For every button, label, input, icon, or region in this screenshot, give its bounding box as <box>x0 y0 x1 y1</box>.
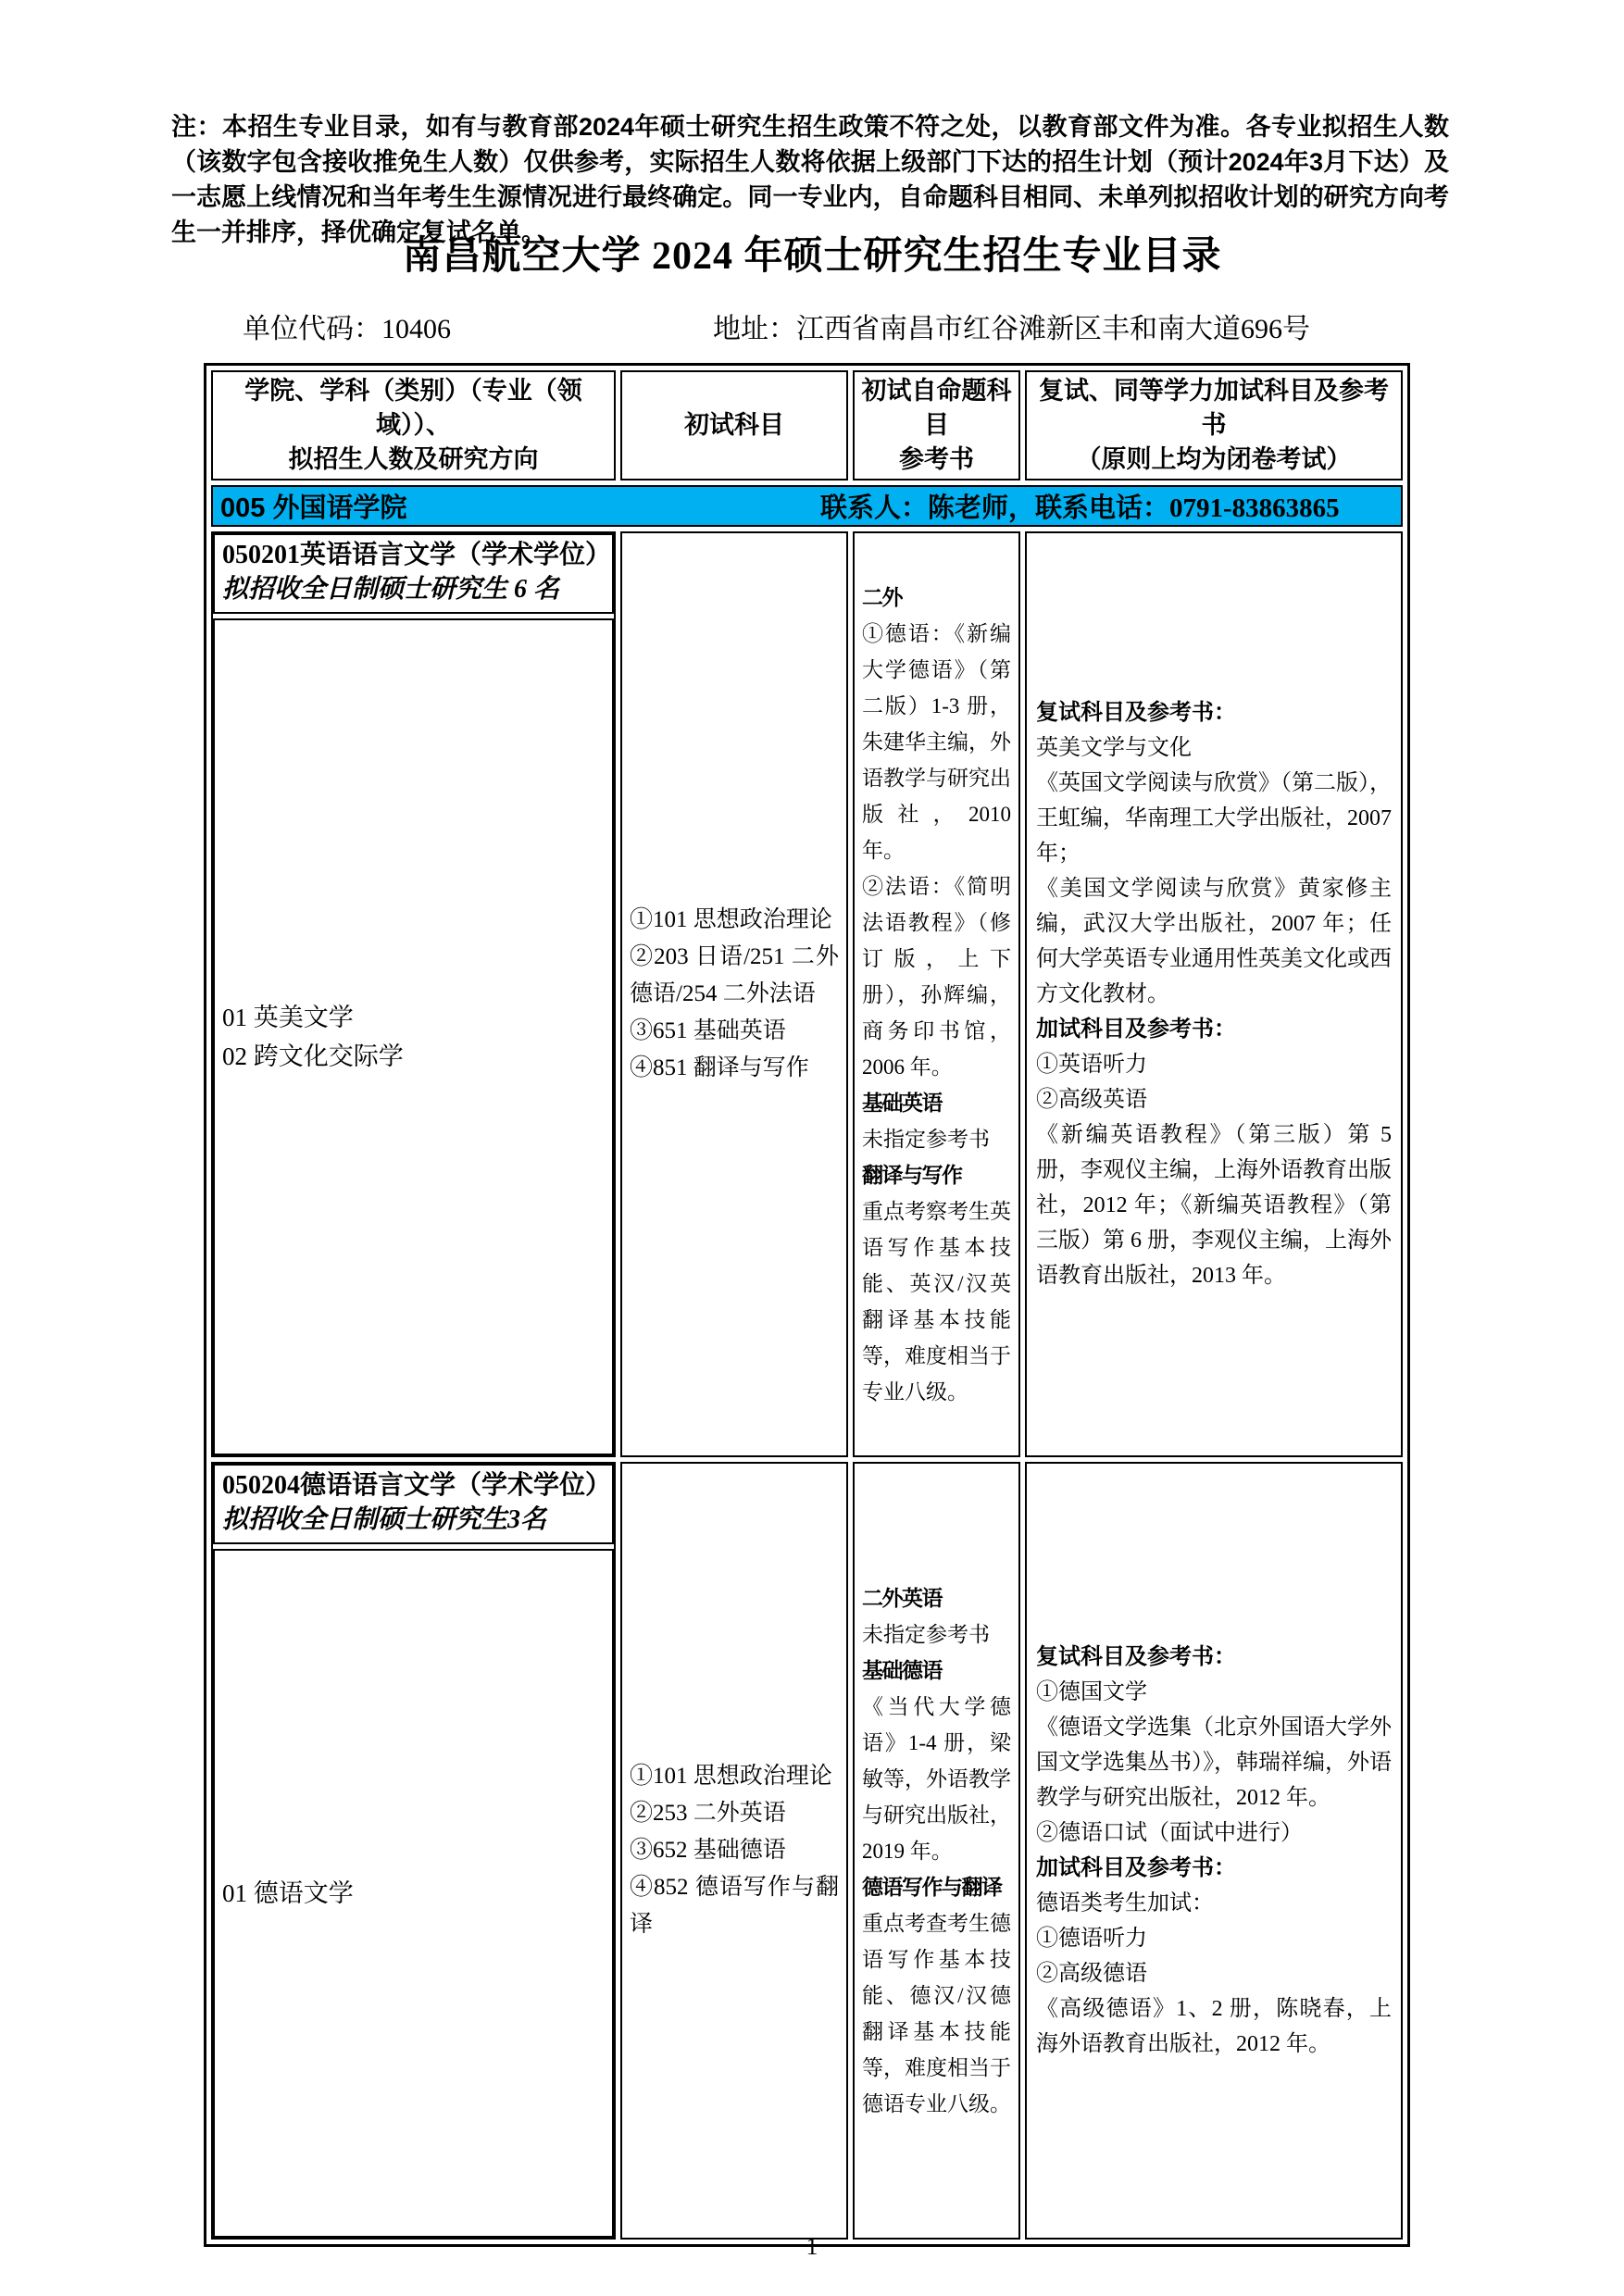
section-row-english: 050201英语语言文学（学术学位） 拟招收全日制硕士研究生 6 名 01 英美… <box>211 531 1403 1457</box>
column-header-initial-subjects: 初试科目 <box>620 370 848 480</box>
contact-info: 联系人：陈老师，联系电话：0791-83863865 <box>820 487 1340 525</box>
program-cell: 050204德语语言文学（学术学位） 拟招收全日制硕士研究生3名 01 德语文学 <box>211 1462 616 2240</box>
column-header-retest-subjects: 复试、同等学力加试科目及参考书 （原则上均为闭卷考试） <box>1025 370 1403 480</box>
column-header-program: 学院、学科（类别）（专业（领域））、 拟招生人数及研究方向 <box>211 370 616 480</box>
retest-refs-cell: 复试科目及参考书：英美文学与文化《英国文学阅读与欣赏》（第二版），王虹编，华南理… <box>1025 531 1403 1457</box>
program-cell-inner: 050201英语语言文学（学术学位） 拟招收全日制硕士研究生 6 名 01 英美… <box>213 533 614 1455</box>
unit-code: 单位代码：10406 <box>243 306 451 346</box>
page-number: 1 <box>0 2233 1624 2261</box>
section-row-german: 050204德语语言文学（学术学位） 拟招收全日制硕士研究生3名 01 德语文学… <box>211 1462 1403 2240</box>
program-code-title: 050204德语语言文学（学术学位） <box>222 1468 605 1503</box>
program-cell-inner: 050204德语语言文学（学术学位） 拟招收全日制硕士研究生3名 01 德语文学 <box>213 1464 614 2238</box>
program-code-title: 050201英语语言文学（学术学位） <box>222 538 605 572</box>
program-title: 050201英语语言文学（学术学位） 拟招收全日制硕士研究生 6 名 <box>213 533 614 614</box>
department-banner-cell: 005 外国语学院 联系人：陈老师，联系电话：0791-83863865 <box>211 485 1403 527</box>
department-banner-row: 005 外国语学院 联系人：陈老师，联系电话：0791-83863865 <box>211 485 1403 527</box>
self-test-refs-cell: 二外英语未指定参考书基础德语《当代大学德语》1-4 册，梁敏等，外语教学与研究出… <box>853 1462 1020 2240</box>
self-test-refs-cell: 二外①德语：《新编大学德语》（第二版）1-3 册，朱建华主编，外语教学与研究出版… <box>853 531 1020 1457</box>
address: 地址：江西省南昌市红谷滩新区丰和南大道696号 <box>713 306 1310 346</box>
table-header-row: 学院、学科（类别）（专业（领域））、 拟招生人数及研究方向 初试科目 初试自命题… <box>211 370 1403 480</box>
department-name: 005 外国语学院 <box>220 487 820 525</box>
initial-subjects-cell: ①101 思想政治理论 ②253 二外英语 ③652 基础德语 ④852 德语写… <box>620 1462 848 2240</box>
research-directions-box: 01 德语文学 <box>213 1549 614 2238</box>
program-cell: 050201英语语言文学（学术学位） 拟招收全日制硕士研究生 6 名 01 英美… <box>211 531 616 1457</box>
document-title: 南昌航空大学 2024 年硕士研究生招生专业目录 <box>0 225 1624 281</box>
retest-refs-cell: 复试科目及参考书：①德国文学《德语文学选集（北京外国语大学外国文学选集丛书）》，… <box>1025 1462 1403 2240</box>
department-banner: 005 外国语学院 联系人：陈老师，联系电话：0791-83863865 <box>220 487 1393 525</box>
column-header-self-test-refs: 初试自命题科目 参考书 <box>853 370 1020 480</box>
document-page: 注：本招生专业目录，如有与教育部2024年硕士研究生招生政策不符之处，以教育部文… <box>0 0 1624 2296</box>
admissions-catalog-table: 学院、学科（类别）（专业（领域））、 拟招生人数及研究方向 初试科目 初试自命题… <box>204 363 1410 2247</box>
program-enrollment: 拟招收全日制硕士研究生3名 <box>222 1503 605 1537</box>
research-directions-box: 01 英美文学 02 跨文化交际学 <box>213 618 614 1455</box>
initial-subjects-cell: ①101 思想政治理论 ②203 日语/251 二外德语/254 二外法语 ③6… <box>620 531 848 1457</box>
program-enrollment: 拟招收全日制硕士研究生 6 名 <box>222 572 605 606</box>
program-title: 050204德语语言文学（学术学位） 拟招收全日制硕士研究生3名 <box>213 1464 614 1544</box>
